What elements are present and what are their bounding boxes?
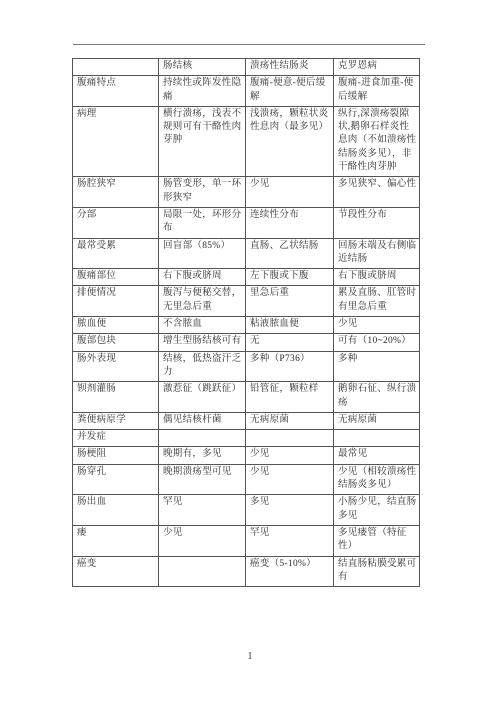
table-cell	[246, 430, 334, 447]
row-label-cell: 腹痛特点	[73, 76, 159, 107]
table-cell: 少见	[246, 464, 334, 495]
table-cell: 腹痛-便意-便后缓解	[246, 76, 334, 107]
table-cell: 节段性分布	[334, 207, 420, 238]
table-cell: 无	[246, 334, 334, 351]
row-label-cell: 癌变	[73, 556, 159, 587]
row-label-cell: 肠外表现	[73, 351, 159, 382]
table-row: 癌变癌变（5-10%）结直肠粘膜受累可有	[73, 556, 420, 587]
table-cell: 右下腹或脐周	[334, 269, 420, 286]
row-label-cell: 瘘	[73, 525, 159, 556]
table-cell: 少见	[246, 177, 334, 208]
table-cell: 少见	[334, 317, 420, 334]
table-cell: 持续性或阵发性隐痛	[159, 76, 246, 107]
table-cell: 横行溃疡，浅表不规则可有干酪性肉芽肿	[159, 106, 246, 176]
table-cell: 粘液脓血便	[246, 317, 334, 334]
page-number: 1	[0, 651, 500, 662]
table-cell	[159, 430, 246, 447]
table-row: 钡剂灌肠激惹征（跳跃征）铅管征，颗粒样鹅卵石征、纵行溃疡	[73, 382, 420, 413]
header-rule	[73, 44, 425, 45]
table-cell: 不含脓血	[159, 317, 246, 334]
table-cell: 腹痛-进食加重-便后缓解	[334, 76, 420, 107]
column-header: 肠结核	[159, 59, 246, 76]
table-row: 肠外表现结核，低热盗汗乏力多种（P736）多种	[73, 351, 420, 382]
table-row: 瘘少见罕见多见瘘管（特征性）	[73, 525, 420, 556]
row-label-cell: 肠梗阻	[73, 447, 159, 464]
table-header-row: 肠结核溃疡性结肠炎克罗恩病	[73, 59, 420, 76]
table-row: 并发症	[73, 430, 420, 447]
table-row: 病理横行溃疡，浅表不规则可有干酪性肉芽肿浅溃疡，颗粒状炎性息肉（最多见）纵行,深…	[73, 106, 420, 176]
table-cell: 右下腹或脐周	[159, 269, 246, 286]
table-cell: 最常见	[334, 447, 420, 464]
table-cell: 多见狭窄、偏心性	[334, 177, 420, 208]
row-label-cell: 肠腔狭窄	[73, 177, 159, 208]
table-row: 分部局限一处，环形分布连续性分布节段性分布	[73, 207, 420, 238]
table-row: 腹部包块增生型肠结核可有无可有（10~20%）	[73, 334, 420, 351]
table-row: 最常受累回盲部（85%）直肠、乙状结肠回肠末端及右侧临近结肠	[73, 238, 420, 269]
column-header: 克罗恩病	[334, 59, 420, 76]
table-cell: 罕见	[246, 525, 334, 556]
table-cell: 少见	[246, 447, 334, 464]
row-label-cell: 脓血便	[73, 317, 159, 334]
table-cell: 左下腹或下腹	[246, 269, 334, 286]
row-label-cell: 分部	[73, 207, 159, 238]
comparison-table: 肠结核溃疡性结肠炎克罗恩病 腹痛特点持续性或阵发性隐痛腹痛-便意-便后缓解腹痛-…	[72, 58, 420, 587]
table-cell: 无病原菌	[246, 412, 334, 429]
table-cell: 回肠末端及右侧临近结肠	[334, 238, 420, 269]
table-cell: 罕见	[159, 495, 246, 526]
table-row: 腹痛特点持续性或阵发性隐痛腹痛-便意-便后缓解腹痛-进食加重-便后缓解	[73, 76, 420, 107]
row-label-cell: 钡剂灌肠	[73, 382, 159, 413]
table-row: 肠梗阻晚期有，多见少见最常见	[73, 447, 420, 464]
table-cell: 偶见结核杆菌	[159, 412, 246, 429]
row-label-cell: 并发症	[73, 430, 159, 447]
table-cell: 无病原菌	[334, 412, 420, 429]
row-label-cell: 肠出血	[73, 495, 159, 526]
table-cell: 癌变（5-10%）	[246, 556, 334, 587]
table-cell: 激惹征（跳跃征）	[159, 382, 246, 413]
row-label-cell: 粪便病原学	[73, 412, 159, 429]
table-cell: 局限一处，环形分布	[159, 207, 246, 238]
table-cell: 多见瘘管（特征性）	[334, 525, 420, 556]
table-body: 腹痛特点持续性或阵发性隐痛腹痛-便意-便后缓解腹痛-进食加重-便后缓解病理横行溃…	[73, 76, 420, 587]
row-label-cell: 腹部包块	[73, 334, 159, 351]
row-label-cell: 肠穿孔	[73, 464, 159, 495]
table-cell: 铅管征，颗粒样	[246, 382, 334, 413]
row-label-cell: 最常受累	[73, 238, 159, 269]
table-cell: 多见	[246, 495, 334, 526]
table-cell: 直肠、乙状结肠	[246, 238, 334, 269]
table-row: 腹痛部位右下腹或脐周左下腹或下腹右下腹或脐周	[73, 269, 420, 286]
table-row: 肠腔狭窄肠管变形，单一环形狭窄少见多见狭窄、偏心性	[73, 177, 420, 208]
table-row: 脓血便不含脓血粘液脓血便少见	[73, 317, 420, 334]
table-row: 粪便病原学偶见结核杆菌无病原菌无病原菌	[73, 412, 420, 429]
table-cell: 结核，低热盗汗乏力	[159, 351, 246, 382]
table-cell: 多种	[334, 351, 420, 382]
table-cell: 晚期有，多见	[159, 447, 246, 464]
table-row: 肠穿孔晚期溃疡型可见少见少见（相较溃疡性结肠炎多见）	[73, 464, 420, 495]
document-page: 肠结核溃疡性结肠炎克罗恩病 腹痛特点持续性或阵发性隐痛腹痛-便意-便后缓解腹痛-…	[0, 0, 500, 707]
table-cell: 纵行,深溃疡裂隙状,鹅卵石样炎性息肉（不如溃疡性结肠炎多见），非干酪性肉芽肿	[334, 106, 420, 176]
table-cell: 多种（P736）	[246, 351, 334, 382]
table-cell: 肠管变形，单一环形狭窄	[159, 177, 246, 208]
corner-cell	[73, 59, 159, 76]
table-cell: 少见	[159, 525, 246, 556]
row-label-cell: 腹痛部位	[73, 269, 159, 286]
row-label-cell: 排便情况	[73, 286, 159, 317]
column-header: 溃疡性结肠炎	[246, 59, 334, 76]
table-cell: 连续性分布	[246, 207, 334, 238]
table-cell	[159, 556, 246, 587]
table-cell: 增生型肠结核可有	[159, 334, 246, 351]
table-row: 肠出血罕见多见小肠少见，结直肠多见	[73, 495, 420, 526]
table-cell: 少见（相较溃疡性结肠炎多见）	[334, 464, 420, 495]
table-cell: 回盲部（85%）	[159, 238, 246, 269]
table-cell: 里急后重	[246, 286, 334, 317]
table-cell: 小肠少见，结直肠多见	[334, 495, 420, 526]
table-row: 排便情况腹泻与便秘交替，无里急后重里急后重累及直肠、肛管时有里急后重	[73, 286, 420, 317]
table-cell: 晚期溃疡型可见	[159, 464, 246, 495]
table-cell: 累及直肠、肛管时有里急后重	[334, 286, 420, 317]
table-cell: 浅溃疡，颗粒状炎性息肉（最多见）	[246, 106, 334, 176]
table-cell: 结直肠粘膜受累可有	[334, 556, 420, 587]
table-cell: 可有（10~20%）	[334, 334, 420, 351]
table-cell: 鹅卵石征、纵行溃疡	[334, 382, 420, 413]
table-cell: 腹泻与便秘交替，无里急后重	[159, 286, 246, 317]
row-label-cell: 病理	[73, 106, 159, 176]
table-cell	[334, 430, 420, 447]
